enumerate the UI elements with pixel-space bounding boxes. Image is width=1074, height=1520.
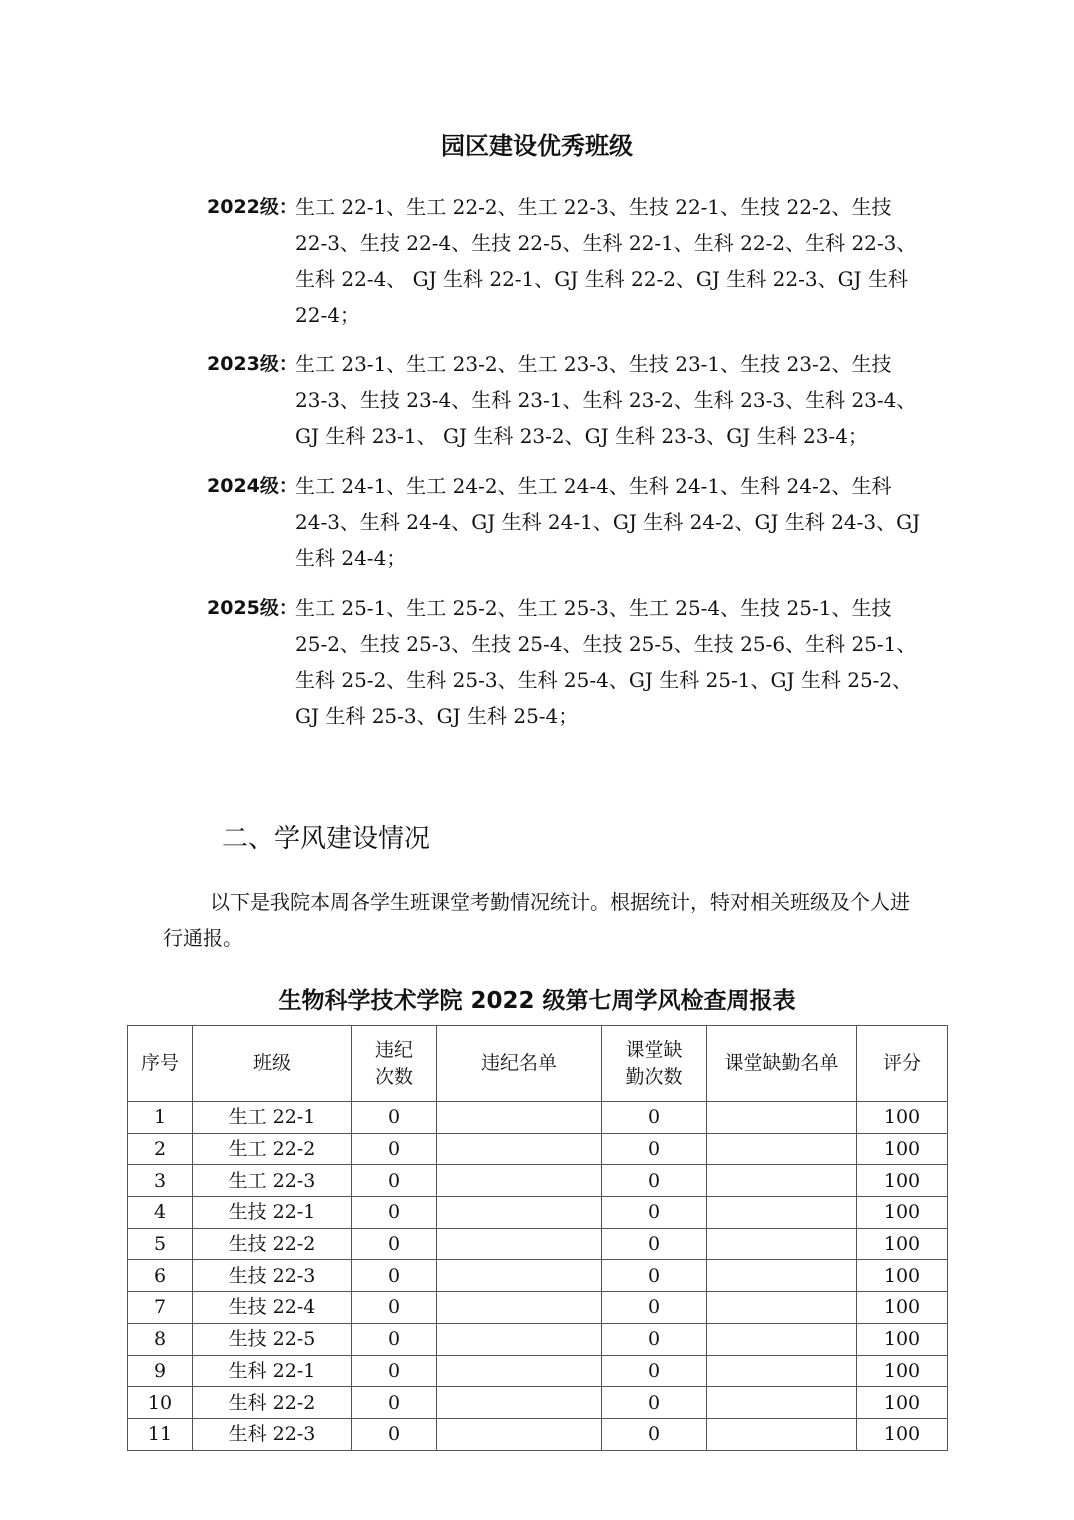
table-cell: 1: [128, 1102, 193, 1134]
grade-label: 2023级：: [207, 346, 298, 382]
table-cell: 0: [352, 1102, 437, 1134]
table-cell: 6: [128, 1260, 193, 1292]
table-cell: 0: [602, 1102, 707, 1134]
table-cell: 100: [857, 1197, 948, 1229]
table-cell: [437, 1292, 602, 1324]
table-cell: 0: [352, 1260, 437, 1292]
table-cell: [437, 1387, 602, 1419]
table-row: 7生技 22-400100: [128, 1292, 948, 1324]
table-cell: 0: [602, 1197, 707, 1229]
table-cell: 0: [602, 1418, 707, 1450]
table-header-row: 序号班级违纪次数违纪名单课堂缺勤次数课堂缺勤名单评分: [128, 1026, 948, 1102]
table-cell: 生技 22-2: [193, 1228, 352, 1260]
table-cell: 0: [602, 1292, 707, 1324]
table-cell: 100: [857, 1323, 948, 1355]
table-row: 2生工 22-200100: [128, 1133, 948, 1165]
table-row: 4生技 22-100100: [128, 1197, 948, 1229]
table-cell: 10: [128, 1387, 193, 1419]
grade-class-list: 生工 24-1、生工 24-2、生工 24-4、生科 24-1、生科 24-2、…: [295, 468, 922, 576]
attendance-report-table: 序号班级违纪次数违纪名单课堂缺勤次数课堂缺勤名单评分 1生工 22-100100…: [127, 1025, 948, 1451]
table-cell: 9: [128, 1355, 193, 1387]
table-cell: 生科 22-1: [193, 1355, 352, 1387]
table-cell: 0: [352, 1418, 437, 1450]
table-cell: 0: [602, 1387, 707, 1419]
column-header: 序号: [128, 1026, 193, 1102]
table-row: 5生技 22-200100: [128, 1228, 948, 1260]
table-cell: [707, 1355, 857, 1387]
table-cell: [437, 1323, 602, 1355]
grade-2025-block: 2025级： 生工 25-1、生工 25-2、生工 25-3、生工 25-4、生…: [207, 590, 922, 734]
table-cell: [437, 1133, 602, 1165]
table-cell: [437, 1260, 602, 1292]
table-cell: 100: [857, 1133, 948, 1165]
table-cell: 0: [352, 1165, 437, 1197]
table-cell: 5: [128, 1228, 193, 1260]
table-cell: 0: [352, 1355, 437, 1387]
table-cell: 0: [602, 1165, 707, 1197]
table-cell: [707, 1102, 857, 1134]
table-cell: [437, 1418, 602, 1450]
table-cell: 2: [128, 1133, 193, 1165]
table-cell: [437, 1355, 602, 1387]
table-cell: [707, 1260, 857, 1292]
table-cell: 11: [128, 1418, 193, 1450]
table-cell: 生技 22-5: [193, 1323, 352, 1355]
table-cell: 0: [352, 1133, 437, 1165]
table-cell: 0: [352, 1292, 437, 1324]
table-cell: [707, 1133, 857, 1165]
table-cell: 100: [857, 1355, 948, 1387]
table-cell: 4: [128, 1197, 193, 1229]
table-cell: 0: [602, 1323, 707, 1355]
table-cell: [707, 1165, 857, 1197]
table-cell: 生科 22-3: [193, 1418, 352, 1450]
table-cell: 生工 22-2: [193, 1133, 352, 1165]
table-cell: 0: [602, 1133, 707, 1165]
table-cell: 100: [857, 1418, 948, 1450]
table-cell: 100: [857, 1292, 948, 1324]
table-cell: 0: [602, 1260, 707, 1292]
table-cell: 100: [857, 1260, 948, 1292]
column-header: 课堂缺勤名单: [707, 1026, 857, 1102]
table-cell: 0: [352, 1323, 437, 1355]
table-cell: [707, 1197, 857, 1229]
table-cell: 100: [857, 1228, 948, 1260]
table-row: 11生科 22-300100: [128, 1418, 948, 1450]
table-cell: 3: [128, 1165, 193, 1197]
table-cell: [437, 1165, 602, 1197]
table-cell: 生工 22-3: [193, 1165, 352, 1197]
table-row: 9生科 22-100100: [128, 1355, 948, 1387]
table-cell: 生技 22-4: [193, 1292, 352, 1324]
table-cell: [707, 1418, 857, 1450]
table-cell: [437, 1228, 602, 1260]
table-cell: 8: [128, 1323, 193, 1355]
grade-2024-block: 2024级： 生工 24-1、生工 24-2、生工 24-4、生科 24-1、生…: [207, 468, 922, 576]
column-header: 违纪次数: [352, 1026, 437, 1102]
grade-class-list: 生工 22-1、生工 22-2、生工 22-3、生技 22-1、生技 22-2、…: [295, 189, 922, 333]
table-cell: 100: [857, 1165, 948, 1197]
table-cell: 7: [128, 1292, 193, 1324]
column-header: 班级: [193, 1026, 352, 1102]
table-cell: [707, 1228, 857, 1260]
table-row: 1生工 22-100100: [128, 1102, 948, 1134]
table-cell: 生技 22-1: [193, 1197, 352, 1229]
grade-class-list: 生工 25-1、生工 25-2、生工 25-3、生工 25-4、生技 25-1、…: [295, 590, 922, 734]
table-cell: 0: [602, 1228, 707, 1260]
intro-paragraph: 以下是我院本周各学生班课堂考勤情况统计。根据统计，特对相关班级及个人进行通报。: [163, 884, 915, 956]
table-cell: 生工 22-1: [193, 1102, 352, 1134]
table-cell: 0: [352, 1387, 437, 1419]
table-title: 生物科学技术学院 2022 级第七周学风检查周报表: [0, 982, 1074, 1015]
table-cell: [437, 1197, 602, 1229]
grade-class-list: 生工 23-1、生工 23-2、生工 23-3、生技 23-1、生技 23-2、…: [295, 346, 922, 454]
grade-label: 2025级：: [207, 590, 298, 626]
page-title: 园区建设优秀班级: [0, 126, 1074, 161]
grade-2022-block: 2022级： 生工 22-1、生工 22-2、生工 22-3、生技 22-1、生…: [207, 189, 922, 333]
table-cell: [437, 1102, 602, 1134]
table-cell: [707, 1292, 857, 1324]
table-row: 3生工 22-300100: [128, 1165, 948, 1197]
section-heading: 二、学风建设情况: [222, 818, 430, 855]
column-header: 课堂缺勤次数: [602, 1026, 707, 1102]
column-header: 评分: [857, 1026, 948, 1102]
table-cell: [707, 1323, 857, 1355]
column-header: 违纪名单: [437, 1026, 602, 1102]
grade-2023-block: 2023级： 生工 23-1、生工 23-2、生工 23-3、生技 23-1、生…: [207, 346, 922, 454]
table-row: 10生科 22-200100: [128, 1387, 948, 1419]
table-cell: 100: [857, 1102, 948, 1134]
table-cell: 生技 22-3: [193, 1260, 352, 1292]
table-row: 6生技 22-300100: [128, 1260, 948, 1292]
table-cell: 0: [352, 1228, 437, 1260]
table-cell: 0: [352, 1197, 437, 1229]
table-cell: 0: [602, 1355, 707, 1387]
table-cell: 100: [857, 1387, 948, 1419]
table-cell: [707, 1387, 857, 1419]
grade-label: 2022级：: [207, 189, 298, 225]
table-row: 8生技 22-500100: [128, 1323, 948, 1355]
grade-label: 2024级：: [207, 468, 298, 504]
table-cell: 生科 22-2: [193, 1387, 352, 1419]
